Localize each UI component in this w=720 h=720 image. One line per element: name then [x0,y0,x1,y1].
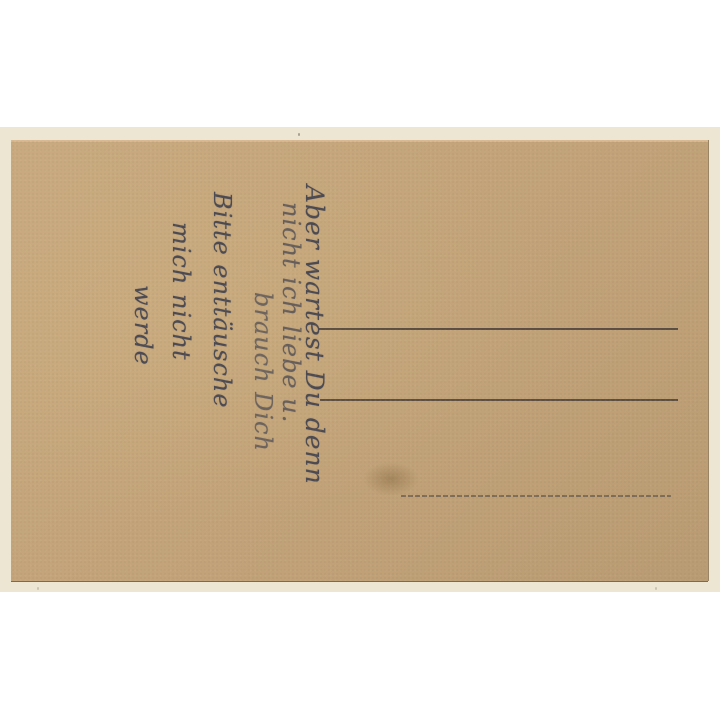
message-line-5: mich nicht [167,222,195,361]
dust-speck [37,587,39,590]
handwritten-message: Aber wartest Du denn nicht ich liebe u. … [11,140,708,581]
message-line-4: Bitte enttäusche [208,192,236,409]
dust-speck [298,133,300,136]
message-line-2: nicht ich liebe u. [277,202,305,423]
message-line-3: brauch Dich [249,292,277,452]
photo-stage: Aber wartest Du denn nicht ich liebe u. … [0,0,720,720]
postcard-back: Aber wartest Du denn nicht ich liebe u. … [11,140,708,581]
dust-speck [655,587,657,590]
message-line-6: werde [129,285,157,366]
